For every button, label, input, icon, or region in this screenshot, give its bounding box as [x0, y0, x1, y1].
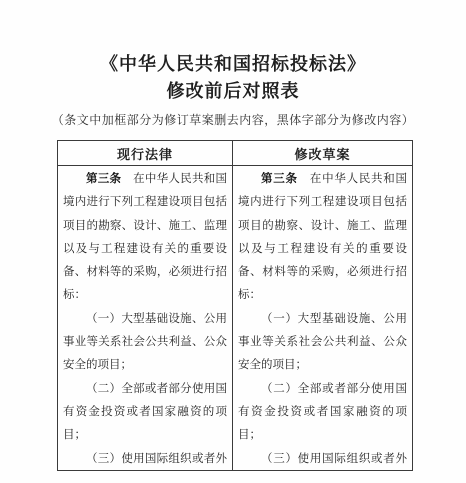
text-line: 标： — [63, 284, 227, 307]
text-line: 备、材料等的采购，必须进行招 — [238, 261, 407, 284]
text-line: 境内进行下列工程建设项目包括 — [63, 191, 227, 214]
comparison-table: 现行法律 修改草案 第三条 在中华人民共和国 境内进行下列工程建设项目包括 项目… — [57, 140, 413, 471]
text-line: 安全的项目； — [238, 354, 407, 377]
text-line: 以及与工程建设有关的重要设 — [238, 238, 407, 261]
text-line: 第三条 在中华人民共和国 — [63, 168, 227, 191]
header-current-law: 现行法律 — [58, 141, 233, 165]
text-line: 第三条 在中华人民共和国 — [238, 168, 407, 191]
article-text: 在中华人民共和国 — [121, 173, 227, 185]
text-line: （三）使用国际组织或者外 — [238, 448, 407, 470]
article-number: 第三条 — [261, 173, 298, 185]
text-line: （三）使用国际组织或者外 — [63, 448, 227, 470]
text-line: （二）全部或者部分使用国 — [238, 378, 407, 401]
text-line: 有资金投资或者国家融资的项 — [238, 401, 407, 424]
article-number: 第三条 — [86, 173, 121, 185]
text-line: 目； — [63, 424, 227, 447]
article-text: 在中华人民共和国 — [298, 173, 407, 185]
header-revised-draft: 修改草案 — [233, 141, 412, 165]
text-line: 事业等关系社会公共利益、公众 — [238, 331, 407, 354]
text-line: 事业等关系社会公共利益、公众 — [63, 331, 227, 354]
text-line: （一）大型基础设施、公用 — [238, 308, 407, 331]
cell-current-law: 第三条 在中华人民共和国 境内进行下列工程建设项目包括 项目的勘察、设计、施工、… — [58, 166, 233, 470]
text-line: 项目的勘察、设计、施工、监理 — [63, 215, 227, 238]
document-page: 《中华人民共和国招标投标法》 修改前后对照表 （条文中加框部分为修订草案删去内容… — [0, 0, 466, 483]
text-line: （一）大型基础设施、公用 — [63, 308, 227, 331]
document-title-line-2: 修改前后对照表 — [0, 78, 466, 105]
table-body-row: 第三条 在中华人民共和国 境内进行下列工程建设项目包括 项目的勘察、设计、施工、… — [58, 166, 412, 470]
table-header-row: 现行法律 修改草案 — [58, 141, 412, 166]
document-title-block: 《中华人民共和国招标投标法》 修改前后对照表 （条文中加框部分为修订草案删去内容… — [0, 51, 466, 128]
document-title-line-1: 《中华人民共和国招标投标法》 — [0, 51, 466, 78]
text-line: 有资金投资或者国家融资的项 — [63, 401, 227, 424]
text-line: （二）全部或者部分使用国 — [63, 378, 227, 401]
text-line: 以及与工程建设有关的重要设 — [63, 238, 227, 261]
text-line: 目； — [238, 424, 407, 447]
document-note: （条文中加框部分为修订草案删去内容，黑体字部分为修改内容） — [0, 112, 466, 128]
text-line: 标： — [238, 284, 407, 307]
text-line: 项目的勘察、设计、施工、监理 — [238, 215, 407, 238]
text-line: 安全的项目； — [63, 354, 227, 377]
cell-revised-draft: 第三条 在中华人民共和国 境内进行下列工程建设项目包括 项目的勘察、设计、施工、… — [233, 166, 412, 470]
text-line: 境内进行下列工程建设项目包括 — [238, 191, 407, 214]
text-line: 备、材料等的采购，必须进行招 — [63, 261, 227, 284]
